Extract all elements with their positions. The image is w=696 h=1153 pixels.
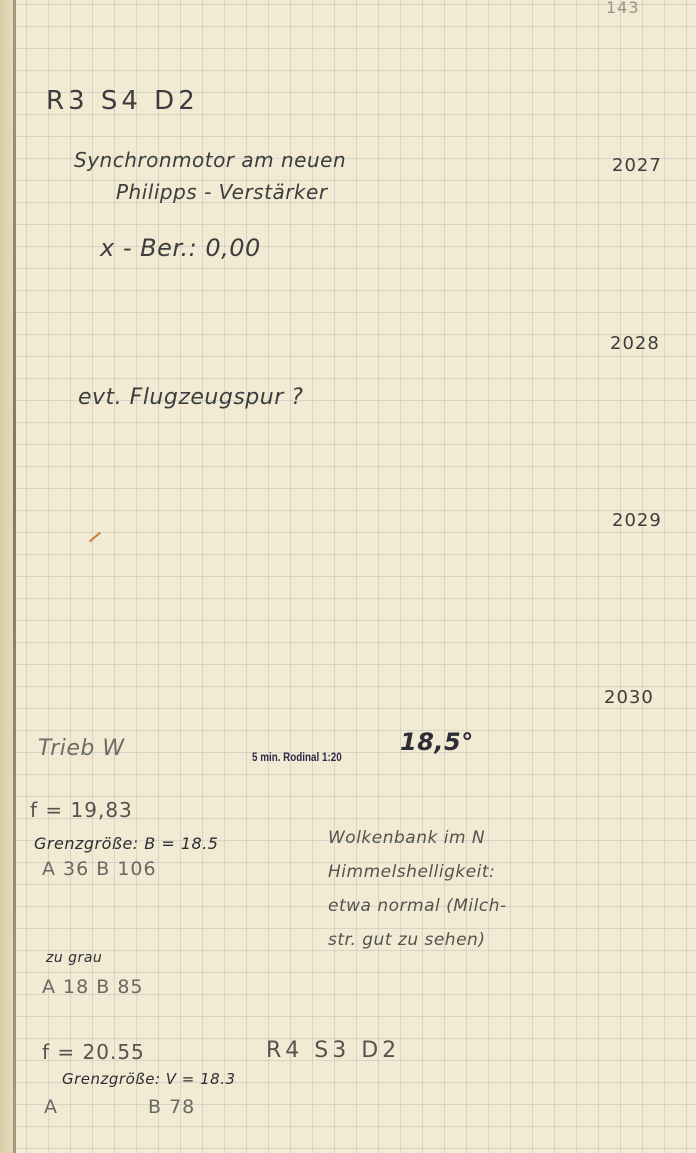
page-gutter [0, 0, 14, 1153]
trieb-label: Trieb W [38, 736, 125, 761]
obs1-a-b-counts-2: A 18 B 85 [42, 976, 144, 998]
developer-stamp: 5 min. Rodinal 1:20 [252, 750, 342, 764]
camera-settings-2: R4 S3 D2 [266, 1038, 400, 1063]
developer-temperature: 18,5° [400, 728, 474, 756]
zu-grau-label: zu grau [46, 950, 102, 966]
obs2-b-count: B 78 [148, 1096, 195, 1118]
obs1-grenzgroesse: Grenzgröße: B = 18.5 [34, 834, 218, 853]
remark-line-3: etwa normal (Milch- [328, 896, 507, 916]
frame-number-2027: 2027 [612, 155, 662, 176]
frame-number-2030: 2030 [604, 687, 654, 708]
binding-edge [13, 0, 16, 1153]
frame-number-2029: 2029 [612, 510, 662, 531]
obs2-grenzgroesse: Grenzgröße: V = 18.3 [62, 1070, 236, 1088]
obs1-a-b-counts: A 36 B 106 [42, 858, 157, 880]
obs2-f-value: f = 20.55 [42, 1040, 145, 1064]
remark-line-2: Himmelshelligkeit: [328, 862, 495, 882]
frame-number-2028: 2028 [610, 333, 660, 354]
x-ber-value: x - Ber.: 0,00 [100, 234, 261, 262]
obs1-f-value: f = 19,83 [30, 798, 133, 822]
note-line-synchronmotor: Synchronmotor am neuen [74, 148, 346, 172]
note-line-verstaerker: Philipps - Verstärker [116, 180, 328, 204]
page-number: 143 [606, 0, 640, 17]
camera-settings-1: R3 S4 D2 [46, 86, 199, 116]
obs2-a-count: A [44, 1096, 58, 1118]
remark-line-4: str. gut zu sehen) [328, 930, 485, 950]
orange-pencil-mark [89, 532, 101, 543]
notebook-page: 143 R3 S4 D2 Synchronmotor am neuen Phil… [0, 0, 696, 1153]
note-flugzeugspur: evt. Flugzeugspur ? [78, 385, 303, 410]
remark-line-1: Wolkenbank im N [328, 828, 485, 848]
